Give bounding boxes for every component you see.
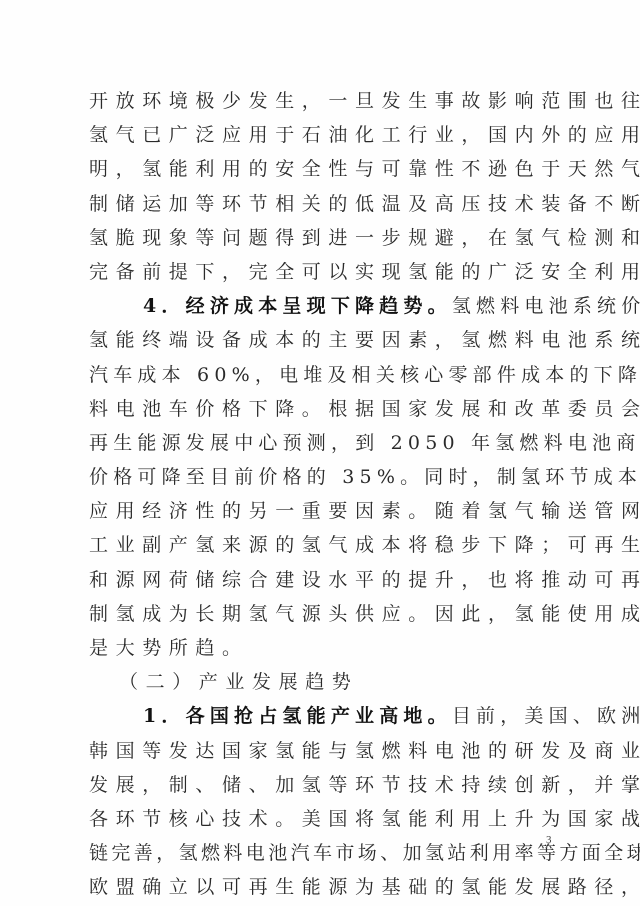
paragraph-line: 完备前提下，完全可以实现氢能的广泛安全利用。 bbox=[89, 255, 559, 289]
paragraph-line: 汽车成本 60%，电堆及相关核心零部件成本的下降将推动氢燃 bbox=[89, 358, 559, 392]
paragraph-line: 明，氢能利用的安全性与可靠性不逊色于天然气和石油。随着 bbox=[89, 152, 559, 186]
subsection-heading: （二）产业发展趋势 bbox=[89, 665, 559, 699]
paragraph-line: 制储运加等环节相关的低温及高压技术装备不断成熟，金属的 bbox=[89, 187, 559, 221]
paragraph-line: 欧盟确立以可再生能源为基础的氢能发展路径，积极利用风力 bbox=[89, 870, 559, 904]
body-text: 开放环境极少发生，一旦发生事故影响范围也往往较小。当前， 氢气已广泛应用于石油化… bbox=[89, 84, 559, 905]
paragraph-text: 目前，美国、欧洲、日本、 bbox=[452, 705, 640, 727]
paragraph-line: 料电池车价格下降。根据国家发展和改革委员会能源研究所可 bbox=[89, 392, 559, 426]
paragraph-line: 制氢成为长期氢气源头供应。因此，氢能使用成本的稳步下降 bbox=[89, 597, 559, 631]
page-number: 3 bbox=[546, 834, 552, 846]
section-4-heading: 4．经济成本呈现下降趋势。 bbox=[143, 295, 452, 317]
section-1-heading: 1．各国抢占氢能产业高地。 bbox=[143, 705, 452, 727]
paragraph-line: 开放环境极少发生，一旦发生事故影响范围也往往较小。当前， bbox=[89, 84, 559, 118]
paragraph-line: 再生能源发展中心预测，到 2050 年氢燃料电池商用车的购置 bbox=[89, 426, 559, 460]
paragraph-text: 氢燃料电池系统价格是决定 bbox=[452, 295, 640, 317]
paragraph-line: 韩国等发达国家氢能与氢燃料电池的研发及商业化应用迅速 bbox=[89, 734, 559, 768]
paragraph-line: 氢脆现象等问题得到进一步规避，在氢气检测和报警装置阵列 bbox=[89, 221, 559, 255]
paragraph-line: 是大势所趋。 bbox=[89, 631, 559, 665]
paragraph-line: 工业副产氢来源的氢气成本将稳步下降；可再生能源利用水平 bbox=[89, 528, 559, 562]
paragraph-line: 价格可降至目前价格的 35%。同时，制氢环节成本是决定氢能 bbox=[89, 460, 559, 494]
section-4-heading-line: 4．经济成本呈现下降趋势。氢燃料电池系统价格是决定 bbox=[89, 289, 559, 323]
paragraph-line: 发展，制、储、加氢等环节技术持续创新，并掌握了氢能利用 bbox=[89, 768, 559, 802]
paragraph-line: 氢气已广泛应用于石油化工行业，国内外的应用与推广实践表 bbox=[89, 118, 559, 152]
document-page: 开放环境极少发生，一旦发生事故影响范围也往往较小。当前， 氢气已广泛应用于石油化… bbox=[0, 0, 640, 906]
paragraph-line: 各环节核心技术。美国将氢能利用上升为国家战略，氢能产业 bbox=[89, 802, 559, 836]
paragraph-line: 和源网荷储综合建设水平的提升，也将推动可再生能源电解水 bbox=[89, 563, 559, 597]
paragraph-line: 氢能终端设备成本的主要因素，氢燃料电池系统占氢燃料电池 bbox=[89, 323, 559, 357]
section-1-heading-line: 1．各国抢占氢能产业高地。目前，美国、欧洲、日本、 bbox=[89, 699, 559, 733]
paragraph-line: 链完善，氢燃料电池汽车市场、加氢站利用率等方面全球领先。 bbox=[89, 836, 559, 870]
paragraph-line: 应用经济性的另一重要因素。随着氢气输送管网的不断完善， bbox=[89, 494, 559, 528]
